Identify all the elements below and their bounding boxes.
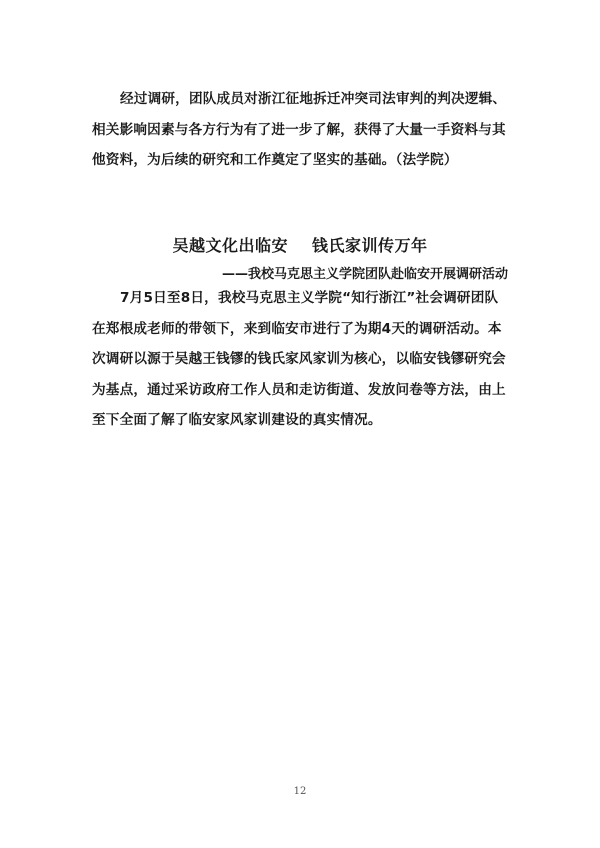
paragraph-text: 经过调研，团队成员对浙江征地拆迁冲突司法审判的判决逻辑、相关影响因素与各方行为有… <box>92 91 506 168</box>
title-part-2: 钱氏家训传万年 <box>312 236 428 255</box>
paragraph-article-body: 7月5日至8日，我校马克思主义学院“知行浙江”社会调研团队在郑根成老师的带领下，… <box>92 283 510 436</box>
title-part-1: 吴越文化出临安 <box>172 236 288 255</box>
page-number: 12 <box>0 786 600 797</box>
article-title: 吴越文化出临安钱氏家训传万年 <box>0 233 600 256</box>
article-subtitle: ——我校马克思主义学院团队赴临安开展调研活动 <box>222 263 508 282</box>
paragraph-text: 7月5日至8日，我校马克思主义学院“知行浙江”社会调研团队在郑根成老师的带领下，… <box>92 290 506 428</box>
paragraph-law-school-summary: 经过调研，团队成员对浙江征地拆迁冲突司法审判的判决逻辑、相关影响因素与各方行为有… <box>92 84 510 176</box>
